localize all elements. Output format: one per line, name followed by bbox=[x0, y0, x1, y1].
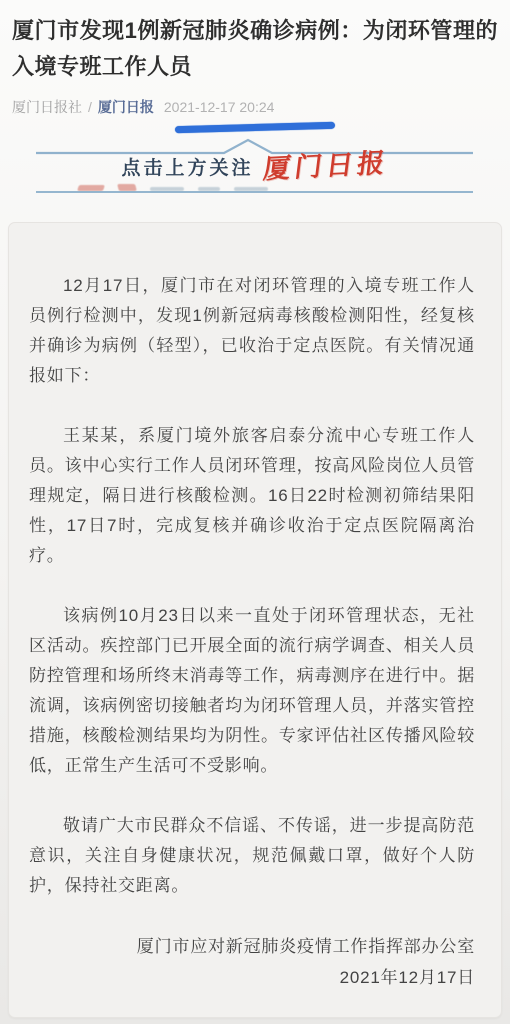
signature-organization: 厦门市应对新冠肺炎疫情工作指挥部办公室 bbox=[29, 931, 475, 962]
article-header: 厦门市发现1例新冠肺炎确诊病例：为闭环管理的入境专班工作人员 厦门日报社 / 厦… bbox=[0, 0, 510, 131]
account-link[interactable]: 厦门日报 bbox=[98, 97, 154, 117]
illegible-cropped-text-fragments bbox=[78, 181, 463, 191]
notice-body-card: 12月17日，厦门市在对闭环管理的入境专班工作人员例行检测中，发现1例新冠病毒核… bbox=[8, 222, 502, 1018]
newspaper-calligraphy-logo: 厦门日报 bbox=[261, 148, 390, 184]
follow-prompt-text: 点击上方关注 bbox=[121, 153, 253, 177]
publish-timestamp: 2021-12-17 20:24 bbox=[164, 99, 275, 115]
publisher-name: 厦门日报社 bbox=[12, 97, 82, 117]
paragraph-3: 该病例10月23日以来一直处于闭环管理状态，无社区活动。疾控部门已开展全面的流行… bbox=[29, 601, 475, 781]
paragraph-4: 敬请广大市民群众不信谣、不传谣，进一步提高防范意识，关注自身健康状况，规范佩戴口… bbox=[29, 811, 475, 901]
signature-date: 2021年12月17日 bbox=[29, 962, 475, 993]
signature-block: 厦门市应对新冠肺炎疫情工作指挥部办公室 2021年12月17日 bbox=[29, 931, 475, 993]
blue-marker-underline bbox=[175, 122, 335, 133]
article-title: 厦门市发现1例新冠肺炎确诊病例：为闭环管理的入境专班工作人员 bbox=[12, 13, 498, 85]
byline-separator: / bbox=[88, 99, 92, 115]
follow-banner-image[interactable]: 点击上方关注 厦门日报 bbox=[36, 137, 473, 207]
banner-bottom-border bbox=[36, 191, 473, 193]
paragraph-1: 12月17日，厦门市在对闭环管理的入境专班工作人员例行检测中，发现1例新冠病毒核… bbox=[29, 271, 475, 391]
paragraph-2: 王某某，系厦门境外旅客启泰分流中心专班工作人员。该中心实行工作人员闭环管理，按高… bbox=[29, 421, 475, 571]
byline: 厦门日报社 / 厦门日报 2021-12-17 20:24 bbox=[12, 97, 498, 117]
